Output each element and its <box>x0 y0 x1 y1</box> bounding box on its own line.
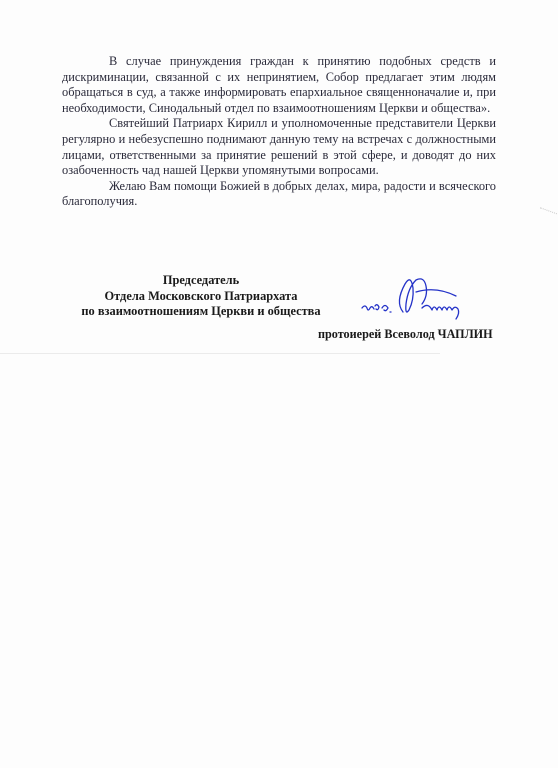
paragraph-patriarch: Святейший Патриарх Кирилл и уполномоченн… <box>62 116 496 178</box>
signature-title-line: Председатель <box>70 273 332 289</box>
paragraph-court-appeal: В случае принуждения граждан к принятию … <box>62 54 496 116</box>
paragraph-wishes: Желаю Вам помощи Божией в добрых делах, … <box>62 179 496 210</box>
signature-title-line: Отдела Московского Патриархата <box>70 289 332 305</box>
signer-name: протоиерей Всеволод ЧАПЛИН <box>318 327 493 342</box>
signature-title-block: Председатель Отдела Московского Патриарх… <box>70 273 332 320</box>
scan-artifact-line <box>0 353 440 354</box>
handwritten-signature-icon <box>356 268 506 328</box>
signature-title-line: по взаимоотношениям Церкви и общества <box>70 304 332 320</box>
scan-artifact-mark <box>537 207 557 222</box>
letter-body: В случае принуждения граждан к принятию … <box>62 54 496 210</box>
